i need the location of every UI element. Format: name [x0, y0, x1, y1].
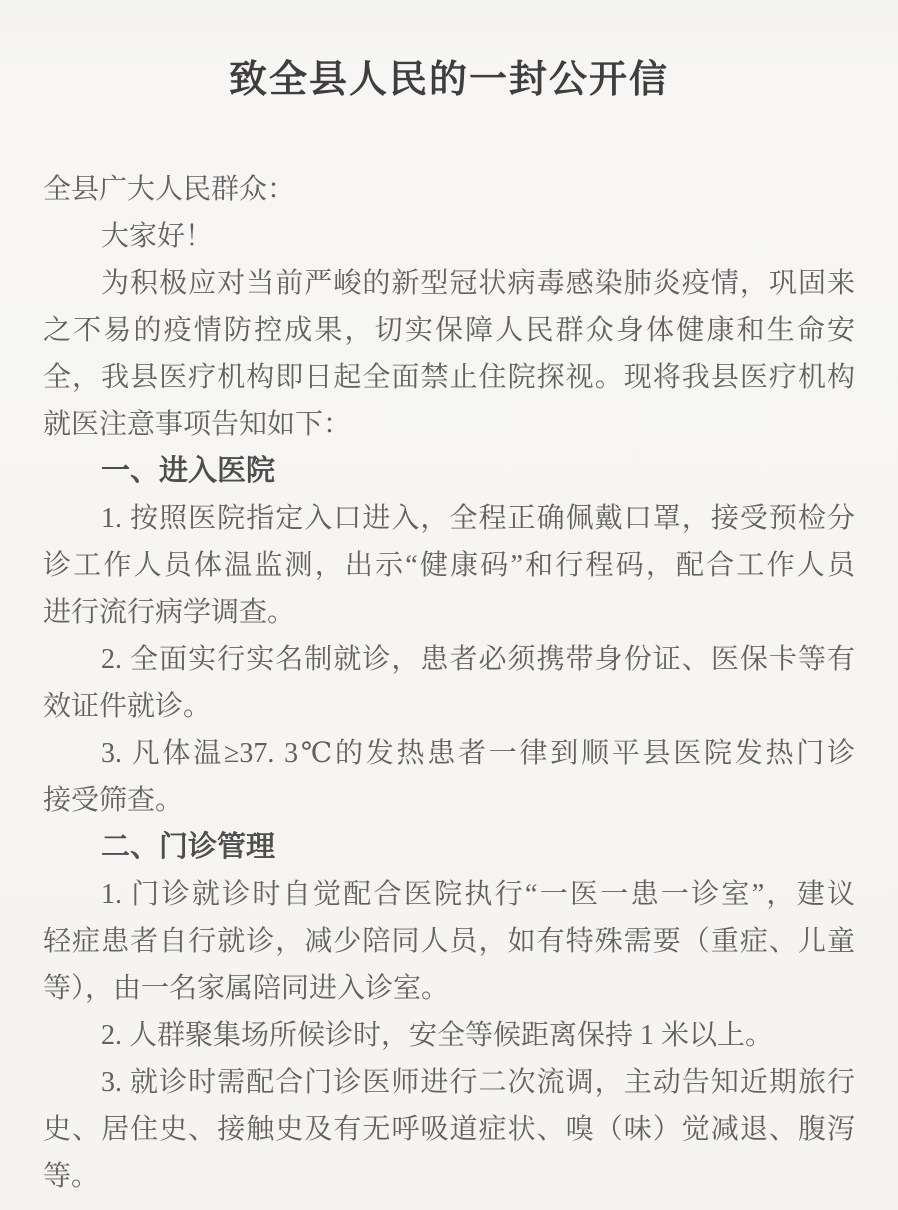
scanned-letter-page: 致全县人民的一封公开信 全县广大人民群众： 大家好！ 为积极应对当前严峻的新型冠…: [0, 0, 898, 1210]
section-1-heading: 一、进入医院: [43, 448, 855, 495]
text-line: 全，我县医疗机构即日起全面禁止住院探视。现将我县医疗机构: [43, 354, 855, 401]
text-line: 接受筛查。: [43, 777, 855, 824]
text-line: 为积极应对当前严峻的新型冠状病毒感染肺炎疫情，巩固来: [43, 260, 855, 307]
text-line: 2. 全面实行实名制就诊，患者必须携带身份证、医保卡等有: [43, 636, 855, 683]
text-line: 史、居住史、接触史及有无呼吸道症状、嗅（味）觉减退、腹泻: [43, 1106, 855, 1153]
section-1-item-2: 2. 全面实行实名制就诊，患者必须携带身份证、医保卡等有 效证件就诊。: [43, 636, 855, 730]
letter-body: 全县广大人民群众： 大家好！ 为积极应对当前严峻的新型冠状病毒感染肺炎疫情，巩固…: [43, 166, 855, 1200]
text-line: 轻症患者自行就诊，减少陪同人员，如有特殊需要（重症、儿童: [43, 918, 855, 965]
section-1-item-3: 3. 凡体温≥37. 3℃的发热患者一律到顺平县医院发热门诊 接受筛查。: [43, 730, 855, 824]
text-line: 1. 按照医院指定入口进入，全程正确佩戴口罩，接受预检分: [43, 495, 855, 542]
section-2-item-1: 1. 门诊就诊时自觉配合医院执行“一医一患一诊室”，建议 轻症患者自行就诊，减少…: [43, 871, 855, 1012]
text-line: 就医注意事项告知如下：: [43, 401, 855, 448]
text-line: 等。: [43, 1153, 855, 1200]
intro-paragraph: 为积极应对当前严峻的新型冠状病毒感染肺炎疫情，巩固来 之不易的疫情防控成果，切实…: [43, 260, 855, 448]
section-2-item-2: 2. 人群聚集场所候诊时，安全等候距离保持 1 米以上。: [43, 1012, 855, 1059]
greeting: 大家好！: [43, 213, 855, 260]
text-line: 之不易的疫情防控成果，切实保障人民群众身体健康和生命安: [43, 307, 855, 354]
section-2-heading: 二、门诊管理: [43, 824, 855, 871]
page-title: 致全县人民的一封公开信: [0, 0, 898, 106]
text-line: 2. 人群聚集场所候诊时，安全等候距离保持 1 米以上。: [43, 1012, 855, 1059]
text-line: 效证件就诊。: [43, 683, 855, 730]
text-line: 诊工作人员体温监测，出示“健康码”和行程码，配合工作人员: [43, 542, 855, 589]
text-line: 进行流行病学调查。: [43, 589, 855, 636]
text-line: 等），由一名家属陪同进入诊室。: [43, 965, 855, 1012]
section-1-item-1: 1. 按照医院指定入口进入，全程正确佩戴口罩，接受预检分 诊工作人员体温监测，出…: [43, 495, 855, 636]
salutation: 全县广大人民群众：: [43, 166, 855, 213]
text-line: 1. 门诊就诊时自觉配合医院执行“一医一患一诊室”，建议: [43, 871, 855, 918]
section-2-item-3: 3. 就诊时需配合门诊医师进行二次流调，主动告知近期旅行 史、居住史、接触史及有…: [43, 1059, 855, 1200]
text-line: 3. 就诊时需配合门诊医师进行二次流调，主动告知近期旅行: [43, 1059, 855, 1106]
text-line: 3. 凡体温≥37. 3℃的发热患者一律到顺平县医院发热门诊: [43, 730, 855, 777]
